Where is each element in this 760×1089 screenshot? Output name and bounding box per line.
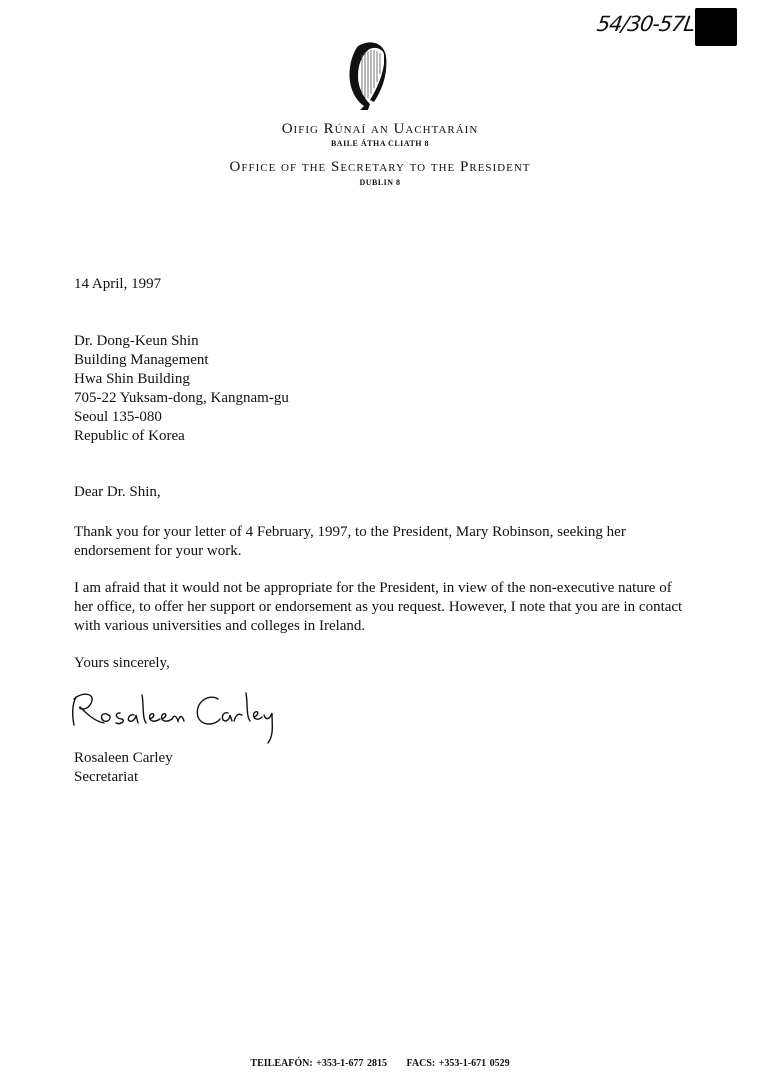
recipient-department: Building Management <box>74 351 289 370</box>
handwritten-signature <box>68 685 278 745</box>
closing: Yours sincerely, <box>74 654 170 673</box>
recipient-address: Dr. Dong-Keun Shin Building Management H… <box>74 332 289 446</box>
recipient-country: Republic of Korea <box>74 427 289 446</box>
english-office-name: Office of the Secretary to the President <box>0 159 760 176</box>
handwritten-reference: 54/30-57L <box>595 12 696 36</box>
signer-block: Rosaleen Carley Secretariat <box>74 749 173 787</box>
harp-icon <box>344 38 388 112</box>
english-office-address: DUBLIN 8 <box>0 178 760 187</box>
signer-name: Rosaleen Carley <box>74 749 173 768</box>
irish-office-name: Oifig Rúnaí an Uachtaráin <box>0 121 760 138</box>
irish-office-address: BAILE ÁTHA CLIATH 8 <box>0 139 760 148</box>
recipient-building: Hwa Shin Building <box>74 370 289 389</box>
body-paragraph: Thank you for your letter of 4 February,… <box>74 523 694 561</box>
phone-block: TEILEAFÓN: +353-1-677 2815 <box>250 1058 390 1069</box>
fax-block: FACS: +353-1-671 0529 <box>407 1058 510 1069</box>
recipient-name: Dr. Dong-Keun Shin <box>74 332 289 351</box>
footer-contact: TEILEAFÓN: +353-1-677 2815 FACS: +353-1-… <box>0 1058 760 1069</box>
fax-number: +353-1-671 0529 <box>439 1058 510 1069</box>
redaction-box <box>695 8 737 46</box>
salutation: Dear Dr. Shin, <box>74 483 161 502</box>
fax-label: FACS: <box>407 1058 436 1069</box>
body-paragraph: I am afraid that it would not be appropr… <box>74 579 694 636</box>
phone-number: +353-1-677 2815 <box>316 1058 387 1069</box>
recipient-street: 705-22 Yuksam-dong, Kangnam-gu <box>74 389 289 408</box>
signer-title: Secretariat <box>74 768 173 787</box>
recipient-city: Seoul 135-080 <box>74 408 289 427</box>
reference-number: 54/30-57L <box>597 10 757 50</box>
letter-date: 14 April, 1997 <box>74 275 161 294</box>
phone-label: TEILEAFÓN: <box>250 1058 312 1069</box>
